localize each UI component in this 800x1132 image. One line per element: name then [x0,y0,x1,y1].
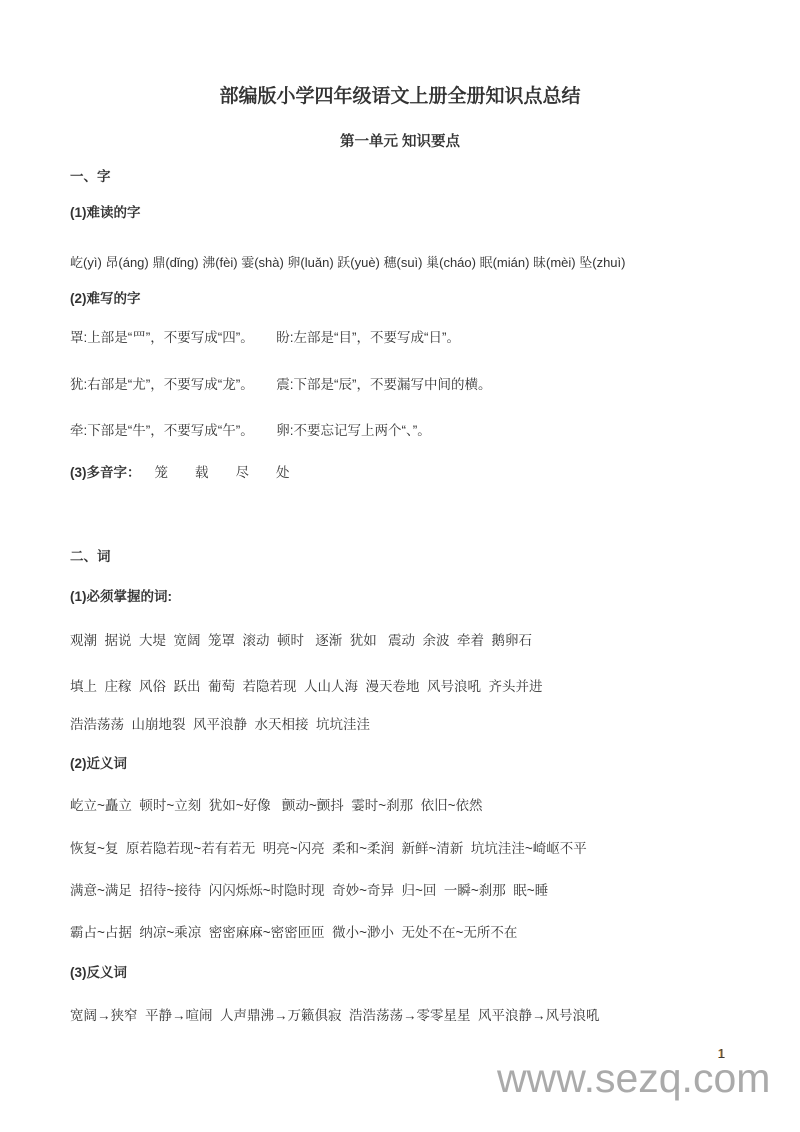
hard-to-write-line: 罩:上部是“罒”，不要写成“四”。 盼:左部是“目”，不要写成“日”。 [70,328,460,348]
must-master-line: 浩浩荡荡 山崩地裂 风平浪静 水天相接 坑坑洼洼 [70,715,370,735]
synonyms-line: 恢复~复 原若隐若现~若有若无 明亮~闪亮 柔和~柔润 新鲜~清新 坑坑洼洼~崎… [70,839,587,859]
must-master-line: 填上 庄稼 风俗 跃出 葡萄 若隐若现 人山人海 漫天卷地 风号浪吼 齐头并进 [70,677,543,697]
heading-polyphonic: (3)多音字： [70,465,141,480]
heading-synonyms: (2)近义词 [70,754,127,774]
document-page: 部编版小学四年级语文上册全册知识点总结 第一单元 知识要点 一、字 (1)难读的… [0,0,800,1132]
page-title: 部编版小学四年级语文上册全册知识点总结 [0,85,800,109]
polyphonic-words: 笼 载 尽 处 [155,465,290,480]
heading-must-master: (1)必须掌握的词: [70,587,172,607]
heading-hard-to-write: (2)难写的字 [70,289,141,309]
synonyms-line: 满意~满足 招待~接待 闪闪烁烁~时隐时现 奇妙~奇异 归~回 一瞬~刹那 眠~… [70,881,548,901]
section-heading-characters: 一、字 [70,167,111,187]
heading-antonyms: (3)反义词 [70,963,127,983]
must-master-line: 观潮 据说 大堤 宽阔 笼罩 滚动 顿时 逐渐 犹如 震动 余波 牵着 鹅卵石 [70,631,532,651]
section-heading-words: 二、词 [70,547,111,567]
unit-subtitle: 第一单元 知识要点 [0,132,800,152]
heading-hard-to-read: (1)难读的字 [70,203,141,223]
watermark: www.sezq.com [497,1056,770,1100]
hard-to-write-line: 犹:右部是“尤”，不要写成“龙”。 震:下部是“辰”，不要漏写中间的横。 [70,375,491,395]
synonyms-line: 屹立~矗立 顿时~立刻 犹如~好像 颤动~颤抖 霎时~刹那 依旧~依然 [70,796,483,816]
hard-to-write-line: 牵:下部是“牛”，不要写成“午”。 卵:不要忘记写上两个“、”。 [70,421,431,441]
hard-to-read-characters: 屹(yì) 昂(áng) 鼎(dǐng) 沸(fèi) 霎(shà) 卵(luǎ… [70,253,625,273]
polyphonic-line: (3)多音字：笼 载 尽 处 [70,463,290,483]
synonyms-line: 霸占~占据 纳凉~乘凉 密密麻麻~密密匝匝 微小~渺小 无处不在~无所不在 [70,923,517,943]
antonyms-line: 宽阔→狭窄 平静→喧闹 人声鼎沸→万籁俱寂 浩浩荡荡→零零星星 风平浪静→风号浪… [70,1006,600,1026]
